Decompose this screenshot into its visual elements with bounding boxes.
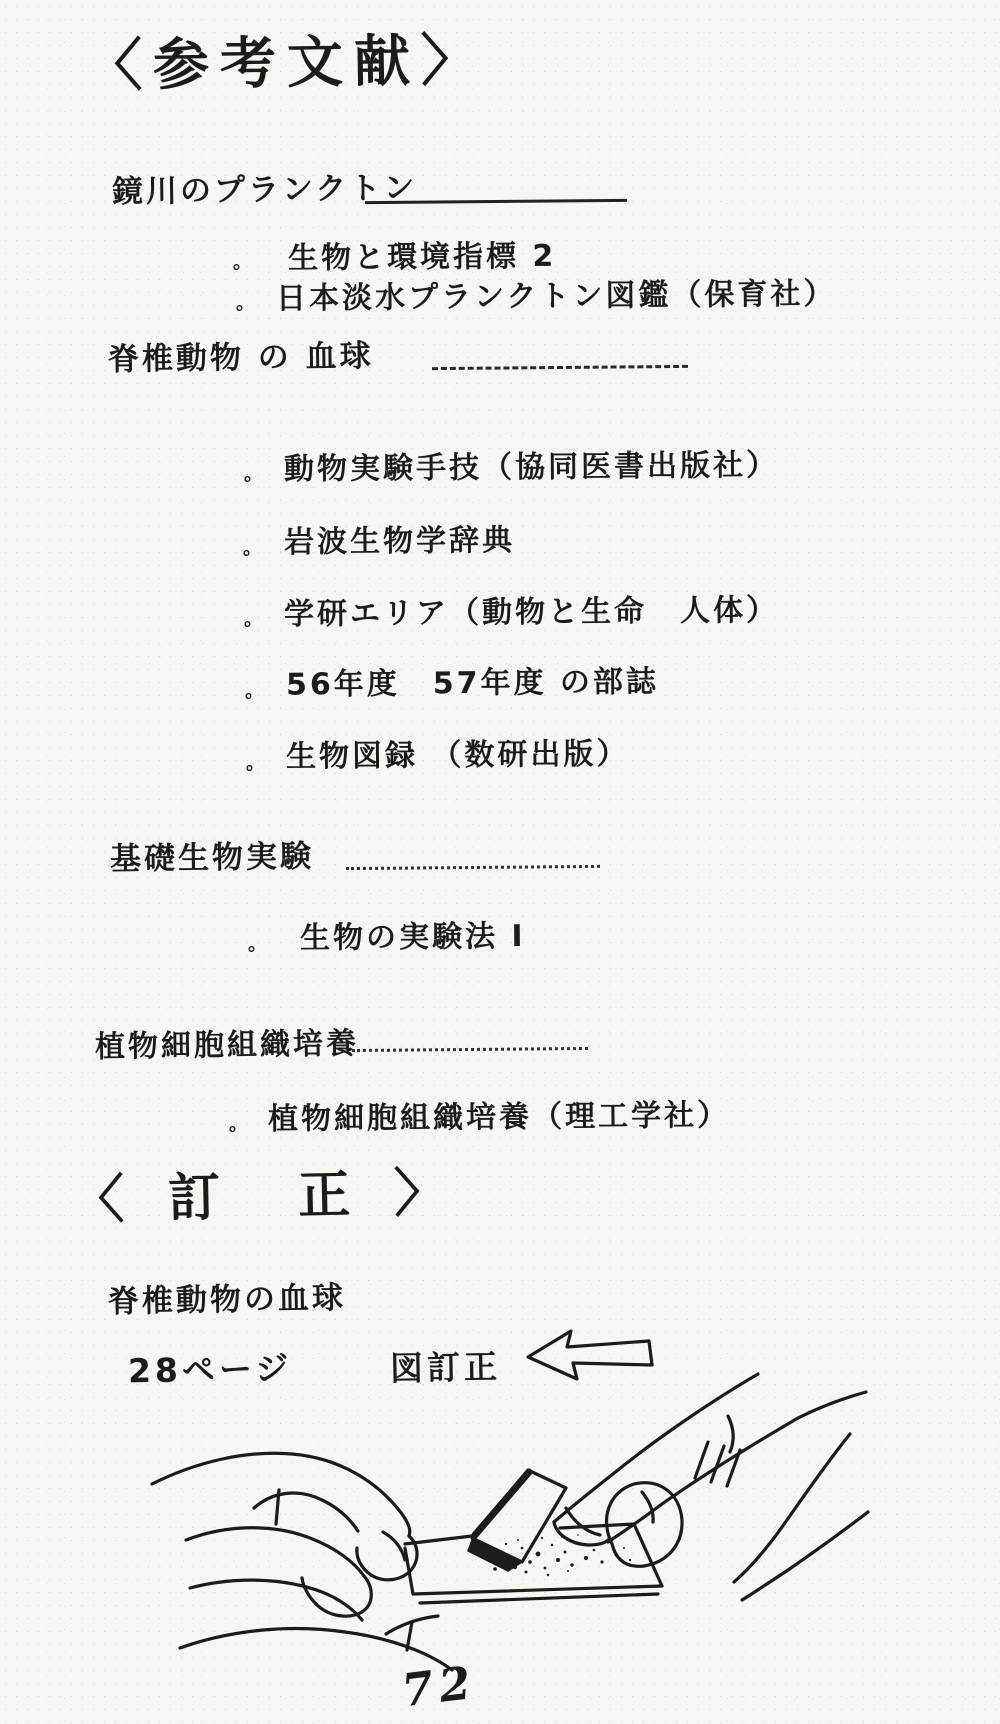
bullet-marker: 。 — [244, 608, 263, 631]
correction-title: 〈 訂 正 〉 — [71, 1162, 459, 1232]
blood-smear-illustration — [150, 1372, 870, 1702]
reference-item: 日本淡水プランクトン図鑑（保育社） — [276, 277, 837, 318]
section-rule — [432, 365, 688, 370]
bullet-marker: 。 — [236, 292, 255, 315]
bullet-marker: 。 — [243, 537, 262, 560]
reference-item: 生物図録 （数研出版） — [286, 737, 630, 776]
section-rule — [352, 1047, 588, 1052]
correction-subject: 脊椎動物の血球 — [108, 1280, 347, 1321]
reference-item: 岩波生物学辞典 — [284, 523, 515, 561]
page-title: 〈参考文献〉 — [85, 27, 488, 100]
section-rule — [346, 865, 600, 870]
reference-item: 動物実験手技（協同医書出版社） — [284, 448, 779, 488]
bullet-marker: 。 — [229, 1113, 248, 1136]
reference-item: 生物と環境指標 2 — [288, 239, 557, 277]
reference-item: 学研エリア（動物と生命 人体） — [284, 593, 779, 633]
scanned-page: 〈参考文献〉 鏡川のプランクトン 。 生物と環境指標 2 。 日本淡水プランクト… — [0, 0, 1000, 1724]
bullet-marker: 。 — [244, 463, 263, 486]
reference-item: 生物の実験法 I — [300, 919, 526, 957]
section-heading-vertebrate-blood-cells: 脊椎動物 の 血球 — [108, 338, 374, 379]
section-heading-kagamigawa-plankton: 鏡川のプランクトン — [112, 170, 418, 211]
page-number: 72 — [399, 1656, 480, 1719]
bullet-marker: 。 — [246, 752, 265, 775]
bullet-marker: 。 — [248, 933, 267, 956]
section-heading-basic-biology-experiments: 基礎生物実験 — [110, 839, 314, 879]
reference-item: 56年度 57年度 の部誌 — [286, 664, 659, 703]
bullet-marker: 。 — [233, 251, 252, 274]
bullet-marker: 。 — [245, 680, 264, 703]
section-heading-plant-tissue-culture: 植物細胞組織培養 — [95, 1026, 359, 1066]
reference-item: 植物細胞組織培養（理工学社） — [268, 1098, 730, 1138]
